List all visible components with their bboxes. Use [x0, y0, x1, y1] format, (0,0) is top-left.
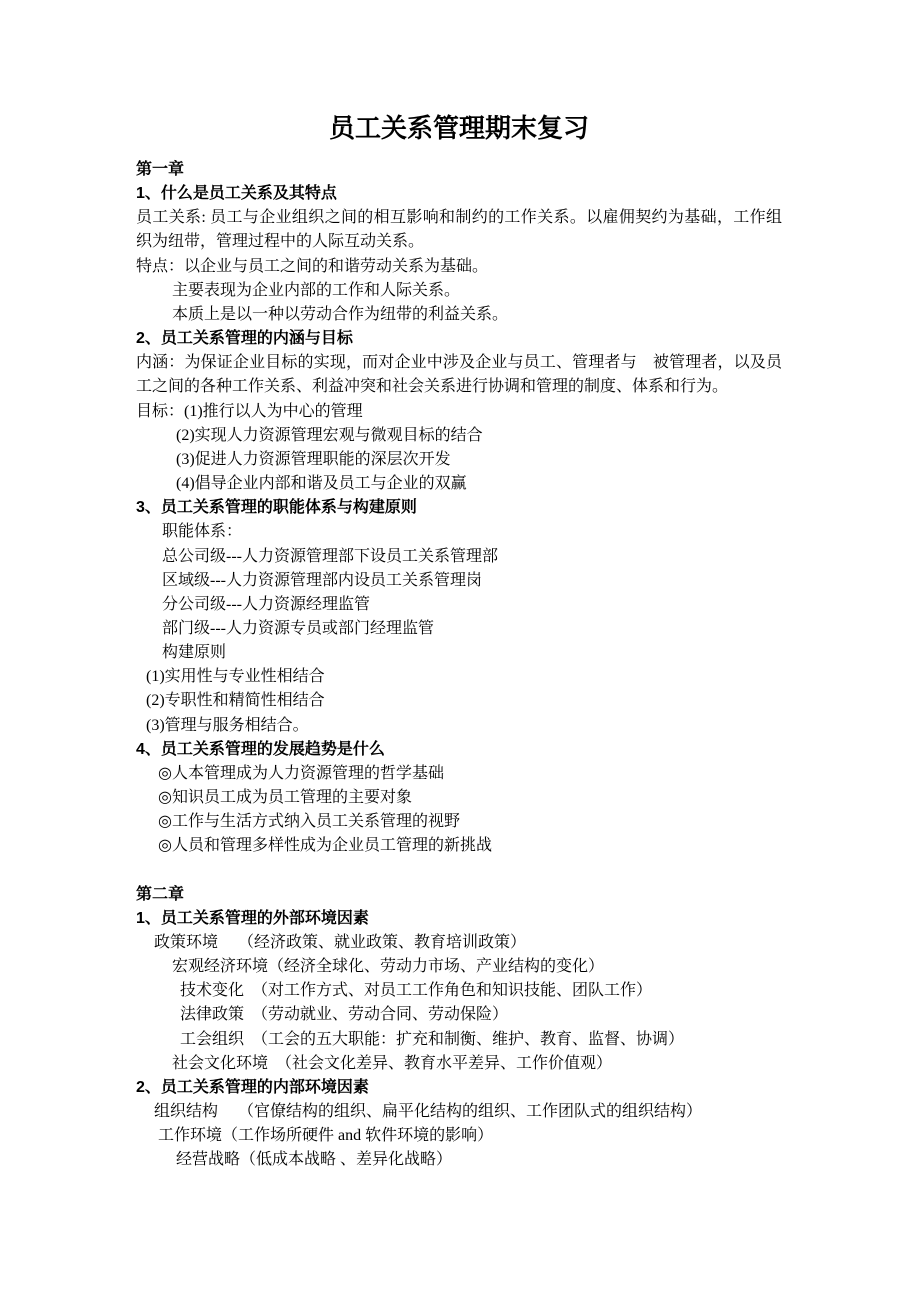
doc-text-line: 组织结构 （官僚结构的组织、扁平化结构的组织、工作团队式的组织结构）	[136, 1100, 782, 1124]
doc-text-line: 职能体系：	[136, 520, 782, 544]
doc-text-line: 构建原则	[136, 641, 782, 665]
document-page: 员工关系管理期末复习 第一章1、什么是员工关系及其特点员工关系: 员工与企业组织…	[0, 0, 920, 1302]
doc-text-line: 部门级---人力资源专员或部门经理监管	[136, 617, 782, 641]
doc-text-line: (3)管理与服务相结合。	[136, 714, 782, 738]
doc-text-line: 区域级---人力资源管理部内设员工关系管理岗	[136, 569, 782, 593]
doc-text-line: 内涵：为保证企业目标的实现，而对企业中涉及企业与员工、管理者与 被管理者，以及员	[136, 351, 782, 375]
document-body: 第一章1、什么是员工关系及其特点员工关系: 员工与企业组织之间的相互影响和制约的…	[136, 158, 782, 1173]
doc-text-line: ◎人本管理成为人力资源管理的哲学基础	[136, 762, 782, 786]
doc-heading-line: 3、员工关系管理的职能体系与构建原则	[136, 496, 782, 520]
doc-text-line: (1)实用性与专业性相结合	[136, 665, 782, 689]
doc-text-line: 工之间的各种工作关系、利益冲突和社会关系进行协调和管理的制度、体系和行为。	[136, 375, 782, 399]
doc-text-line: 主要表现为企业内部的工作和人际关系。	[136, 279, 782, 303]
doc-text-line: 社会文化环境 （社会文化差异、教育水平差异、工作价值观）	[136, 1052, 782, 1076]
doc-heading-line: 1、员工关系管理的外部环境因素	[136, 907, 782, 931]
doc-text-line: 工会组织 （工会的五大职能：扩充和制衡、维护、教育、监督、协调）	[136, 1028, 782, 1052]
doc-text-line: ◎知识员工成为员工管理的主要对象	[136, 786, 782, 810]
doc-text-line	[136, 859, 782, 883]
doc-text-line: ◎工作与生活方式纳入员工关系管理的视野	[136, 810, 782, 834]
doc-text-line: ◎人员和管理多样性成为企业员工管理的新挑战	[136, 834, 782, 858]
doc-text-line: 分公司级---人力资源经理监管	[136, 593, 782, 617]
doc-text-line: (2)实现人力资源管理宏观与微观目标的结合	[136, 424, 782, 448]
doc-text-line: 经营战略（低成本战略 、差异化战略）	[136, 1148, 782, 1172]
doc-heading-line: 第二章	[136, 883, 782, 907]
doc-text-line: 织为纽带，管理过程中的人际互动关系。	[136, 230, 782, 254]
doc-heading-line: 4、员工关系管理的发展趋势是什么	[136, 738, 782, 762]
doc-text-line: (3)促进人力资源管理职能的深层次开发	[136, 448, 782, 472]
document-content: 员工关系管理期末复习 第一章1、什么是员工关系及其特点员工关系: 员工与企业组织…	[136, 112, 782, 1173]
doc-text-line: 工作环境（工作场所硬件 and 软件环境的影响）	[136, 1124, 782, 1148]
document-title: 员工关系管理期末复习	[136, 112, 782, 146]
doc-text-line: 政策环境 （经济政策、就业政策、教育培训政策）	[136, 931, 782, 955]
doc-heading-line: 2、员工关系管理的内涵与目标	[136, 327, 782, 351]
doc-text-line: 员工关系: 员工与企业组织之间的相互影响和制约的工作关系。以雇佣契约为基础，工作…	[136, 206, 782, 230]
doc-heading-line: 1、什么是员工关系及其特点	[136, 182, 782, 206]
doc-text-line: (2)专职性和精简性相结合	[136, 689, 782, 713]
doc-text-line: 特点：以企业与员工之间的和谐劳动关系为基础。	[136, 255, 782, 279]
doc-text-line: 法律政策 （劳动就业、劳动合同、劳动保险）	[136, 1003, 782, 1027]
doc-heading-line: 第一章	[136, 158, 782, 182]
doc-text-line: 宏观经济环境（经济全球化、劳动力市场、产业结构的变化）	[136, 955, 782, 979]
doc-text-line: (4)倡导企业内部和谐及员工与企业的双赢	[136, 472, 782, 496]
doc-text-line: 总公司级---人力资源管理部下设员工关系管理部	[136, 545, 782, 569]
doc-text-line: 本质上是以一种以劳动合作为纽带的利益关系。	[136, 303, 782, 327]
doc-text-line: 目标：(1)推行以人为中心的管理	[136, 400, 782, 424]
doc-heading-line: 2、员工关系管理的内部环境因素	[136, 1076, 782, 1100]
doc-text-line: 技术变化 （对工作方式、对员工工作角色和知识技能、团队工作）	[136, 979, 782, 1003]
